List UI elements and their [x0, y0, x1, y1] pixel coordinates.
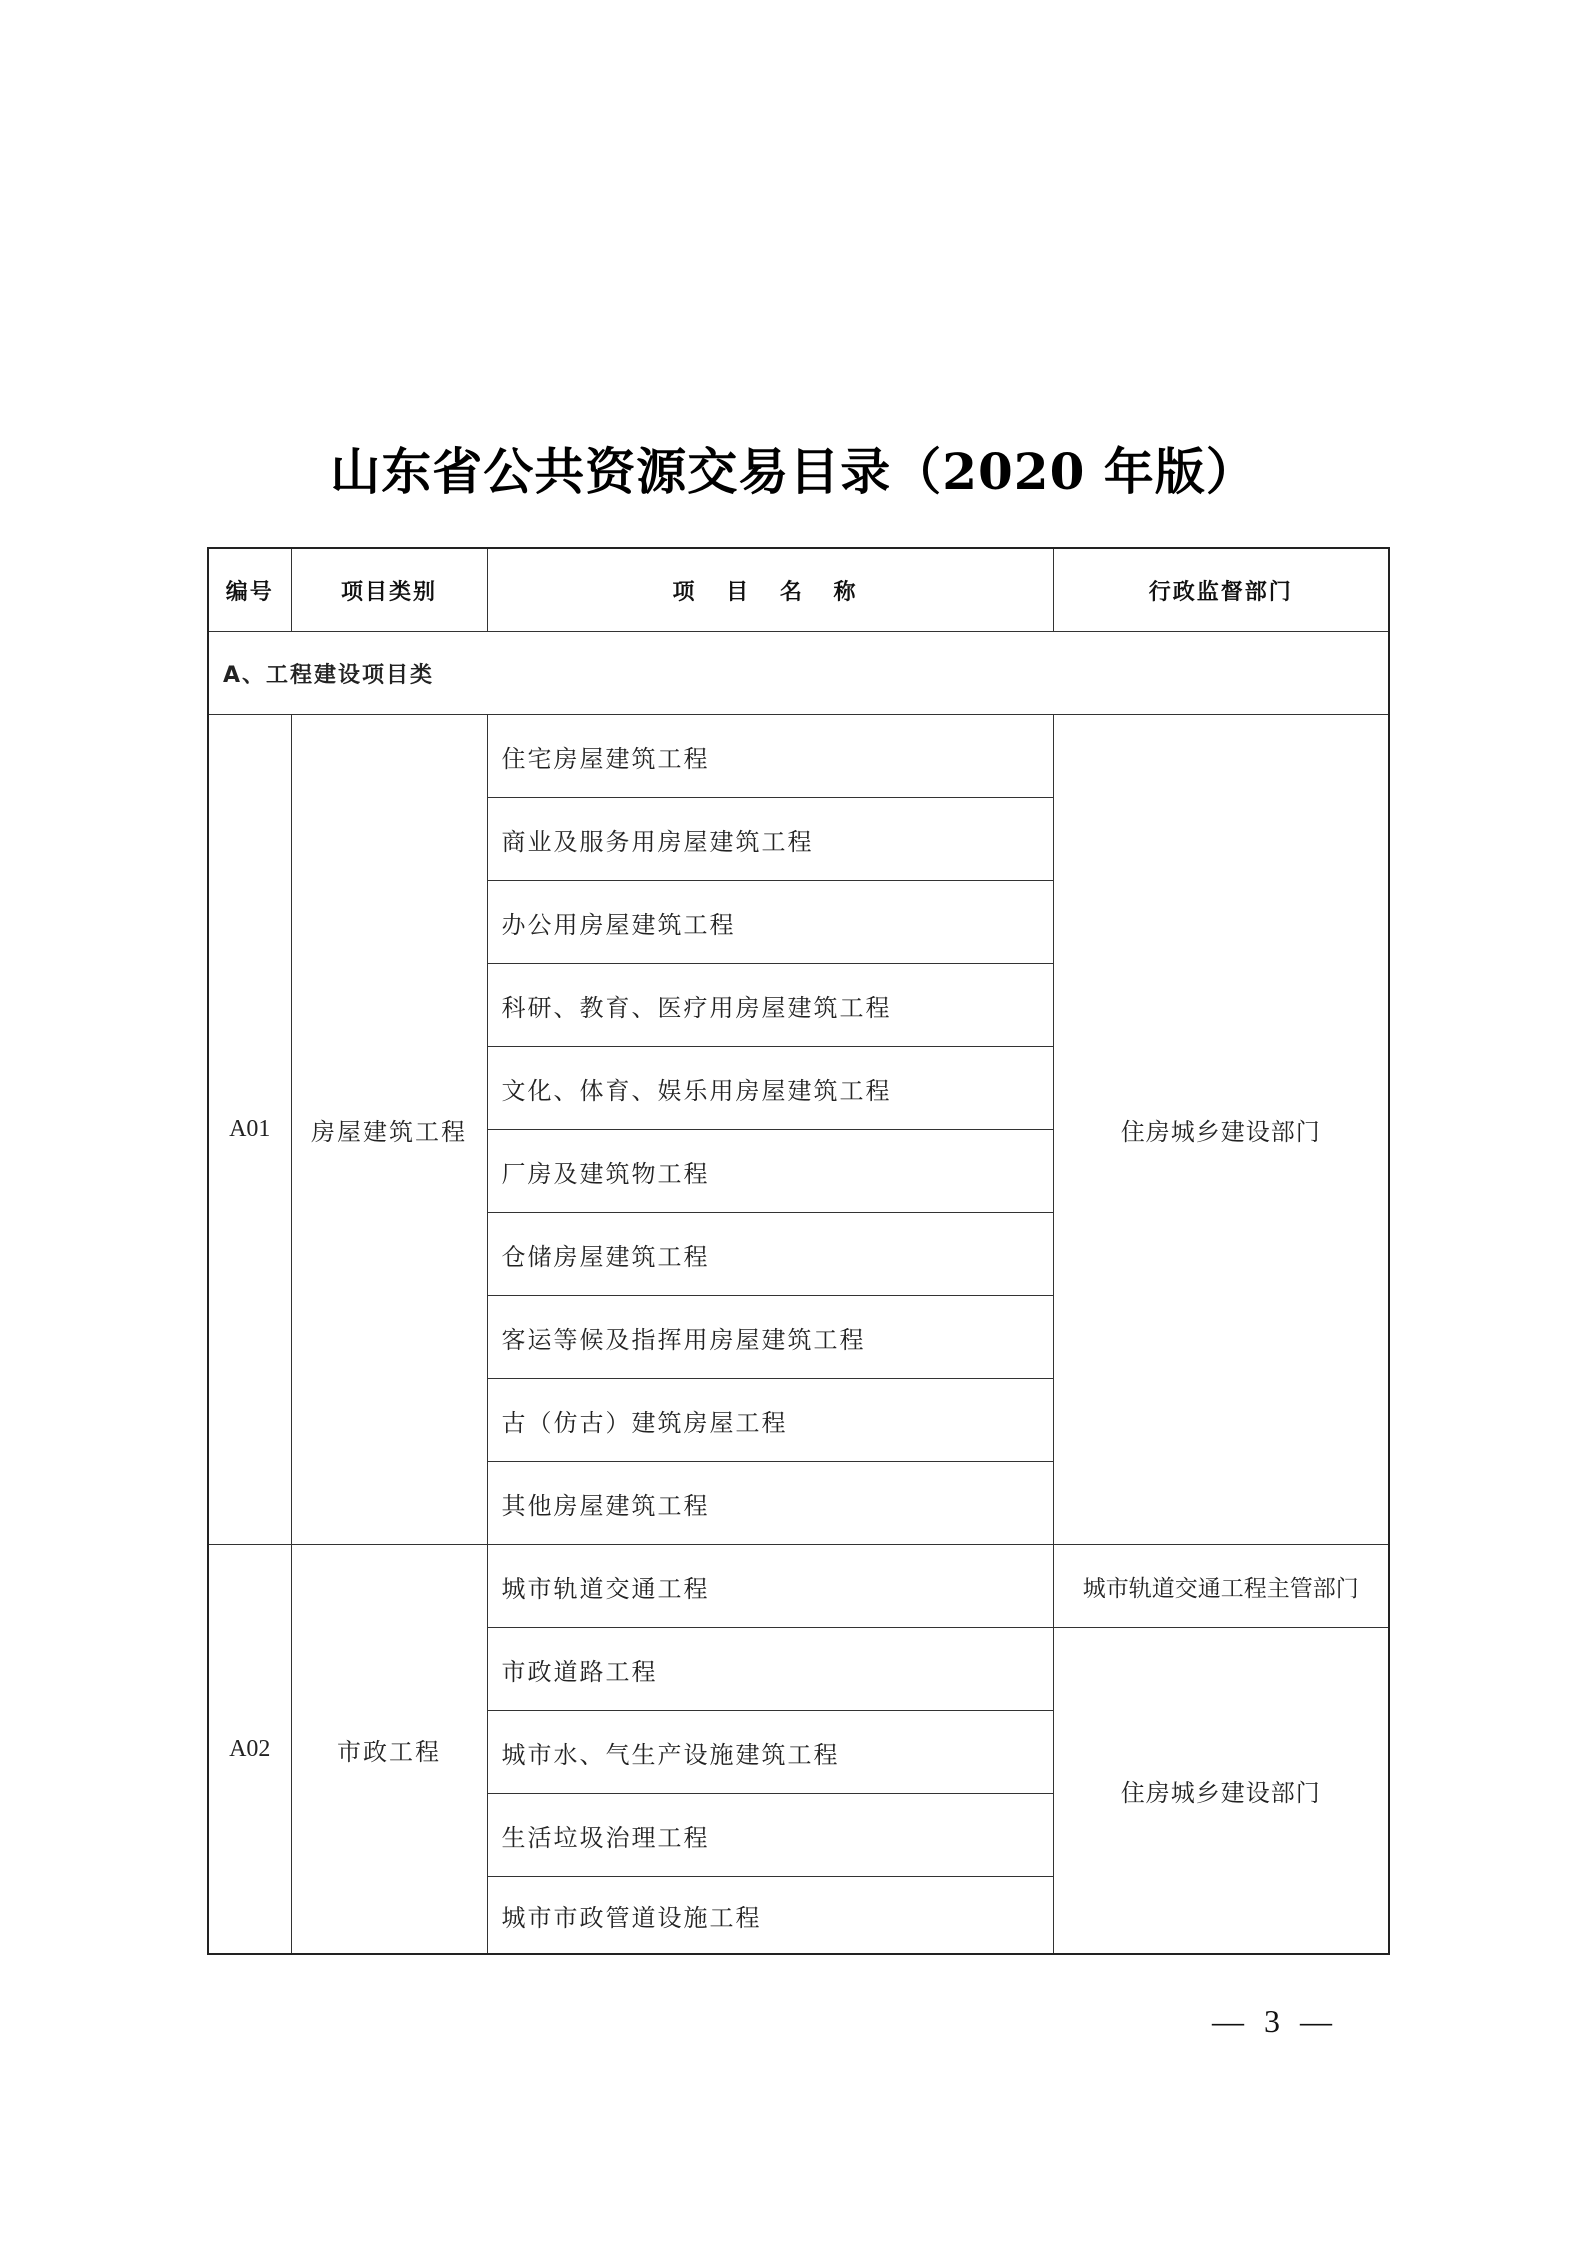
project-item: 商业及服务用房屋建筑工程 [487, 798, 1053, 881]
project-item: 办公用房屋建筑工程 [487, 881, 1053, 964]
project-item: 住宅房屋建筑工程 [487, 715, 1053, 798]
project-item: 城市轨道交通工程 [487, 1545, 1053, 1628]
header-project-name: 项 目 名 称 [487, 548, 1053, 632]
department-cell: 住房城乡建设部门 [1053, 1628, 1389, 1955]
table-header-row: 编号 项目类别 项 目 名 称 行政监督部门 [208, 548, 1389, 632]
group-code: A01 [208, 715, 291, 1545]
page-number: — 3 — [1190, 2003, 1360, 2040]
header-department: 行政监督部门 [1053, 548, 1389, 632]
project-item: 市政道路工程 [487, 1628, 1053, 1711]
project-item: 仓储房屋建筑工程 [487, 1213, 1053, 1296]
department-cell: 住房城乡建设部门 [1053, 715, 1389, 1545]
project-item: 城市水、气生产设施建筑工程 [487, 1711, 1053, 1794]
table-row: A02 市政工程 城市轨道交通工程 城市轨道交通工程主管部门 [208, 1545, 1389, 1628]
project-item: 古（仿古）建筑房屋工程 [487, 1379, 1053, 1462]
project-item: 客运等候及指挥用房屋建筑工程 [487, 1296, 1053, 1379]
header-code: 编号 [208, 548, 291, 632]
project-item: 其他房屋建筑工程 [487, 1462, 1053, 1545]
group-category: 市政工程 [291, 1545, 487, 1955]
trading-catalog-table: 编号 项目类别 项 目 名 称 行政监督部门 A、工程建设项目类 A01 房屋建… [207, 547, 1390, 1955]
section-row: A、工程建设项目类 [208, 632, 1389, 715]
project-item: 生活垃圾治理工程 [487, 1794, 1053, 1877]
project-item: 科研、教育、医疗用房屋建筑工程 [487, 964, 1053, 1047]
table-row: A01 房屋建筑工程 住宅房屋建筑工程 住房城乡建设部门 [208, 715, 1389, 798]
group-code: A02 [208, 1545, 291, 1955]
project-item: 厂房及建筑物工程 [487, 1130, 1053, 1213]
document-title: 山东省公共资源交易目录（2020 年版） [0, 432, 1587, 504]
group-category: 房屋建筑工程 [291, 715, 487, 1545]
header-category: 项目类别 [291, 548, 487, 632]
department-cell: 城市轨道交通工程主管部门 [1053, 1545, 1389, 1628]
section-title: A、工程建设项目类 [208, 632, 1389, 715]
project-item: 文化、体育、娱乐用房屋建筑工程 [487, 1047, 1053, 1130]
project-item: 城市市政管道设施工程 [487, 1877, 1053, 1955]
